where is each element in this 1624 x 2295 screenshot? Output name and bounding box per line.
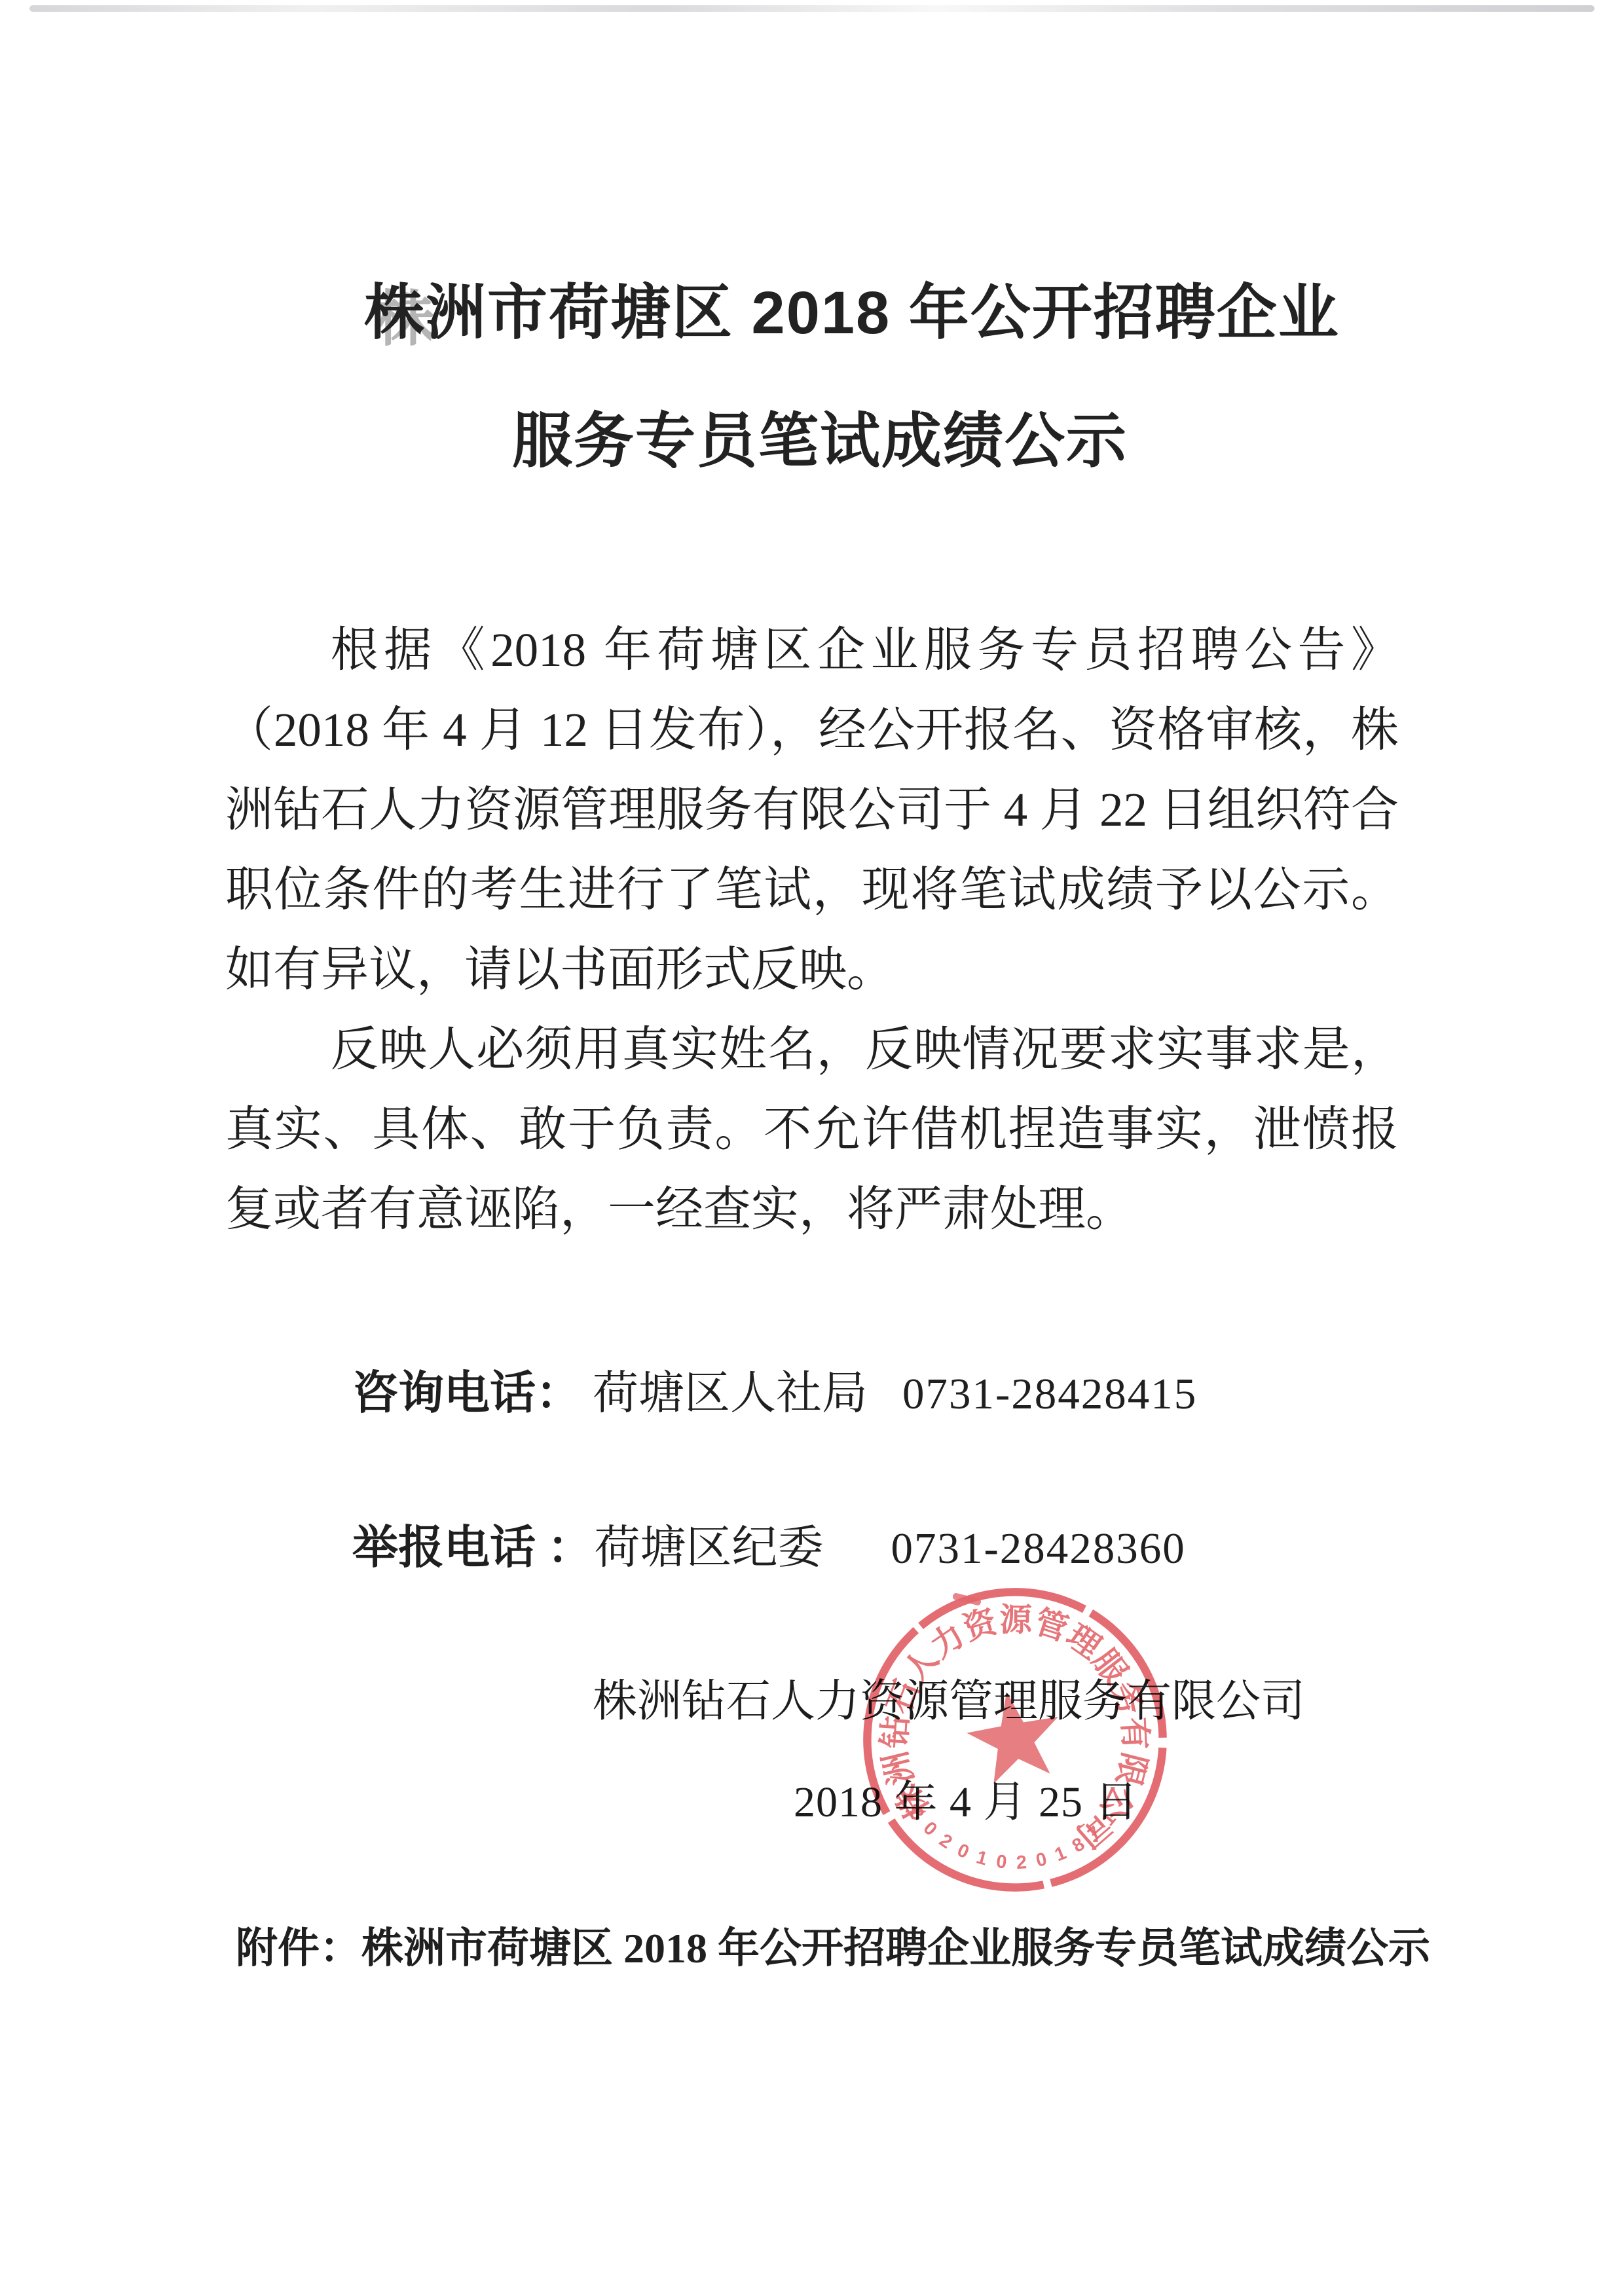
scan-artifact-top-edge [29, 5, 1595, 12]
paragraph-1: 根据《2018 年荷塘区企业服务专员招聘公告》（2018 年 4 月 12 日发… [225, 610, 1399, 1010]
report-phone-org: 荷塘区纪委 [595, 1523, 824, 1573]
report-phone-line: 举报电话 ：荷塘区纪委0731-28428360 [352, 1511, 1186, 1577]
svg-text:0: 0 [954, 1840, 974, 1864]
consult-phone-org: 荷塘区人社局 [593, 1368, 868, 1419]
svg-text:0: 0 [995, 1851, 1009, 1873]
svg-text:2: 2 [936, 1830, 957, 1854]
body-text: 根据《2018 年荷塘区企业服务专员招聘公告》（2018 年 4 月 12 日发… [225, 610, 1399, 1249]
consult-phone-label: 咨询电话： [352, 1368, 581, 1419]
report-phone-number: 0731-28428360 [891, 1524, 1186, 1573]
svg-text:钻: 钻 [876, 1715, 914, 1750]
seal-star-icon [961, 1683, 1067, 1786]
svg-text:源: 源 [999, 1602, 1033, 1638]
report-phone-label: 举报电话 ： [352, 1523, 593, 1573]
document-title-line-1: 株洲市荷塘区 2018 年公开招聘企业 [364, 265, 1340, 351]
paragraph-2: 反映人必须用真实姓名，反映情况要求实事求是，真实、具体、敢于负责。不允许借机捏造… [225, 1010, 1399, 1249]
company-seal: 株洲钻石人力资源管理服务有限公司 4302010201871 [858, 1583, 1172, 1896]
svg-text:0: 0 [919, 1818, 942, 1841]
svg-text:0: 0 [1034, 1848, 1050, 1871]
consult-phone-number: 0731-28428415 [902, 1370, 1197, 1418]
svg-text:1: 1 [1052, 1842, 1071, 1865]
svg-text:有: 有 [1116, 1716, 1154, 1751]
attachment-line: 附件：株洲市荷塘区 2018 年公开招聘企业服务专员笔试成绩公示 [236, 1915, 1430, 1975]
svg-text:1: 1 [974, 1846, 991, 1870]
document-page: 株 株洲市荷塘区 2018 年公开招聘企业 服务专员笔试成绩公示 根据《2018… [0, 0, 1624, 2295]
document-title-line-2: 服务专员笔试成绩公示 [512, 393, 1128, 479]
svg-text:2: 2 [1016, 1852, 1029, 1873]
consult-phone-line: 咨询电话：荷塘区人社局0731-28428415 [352, 1356, 1197, 1422]
